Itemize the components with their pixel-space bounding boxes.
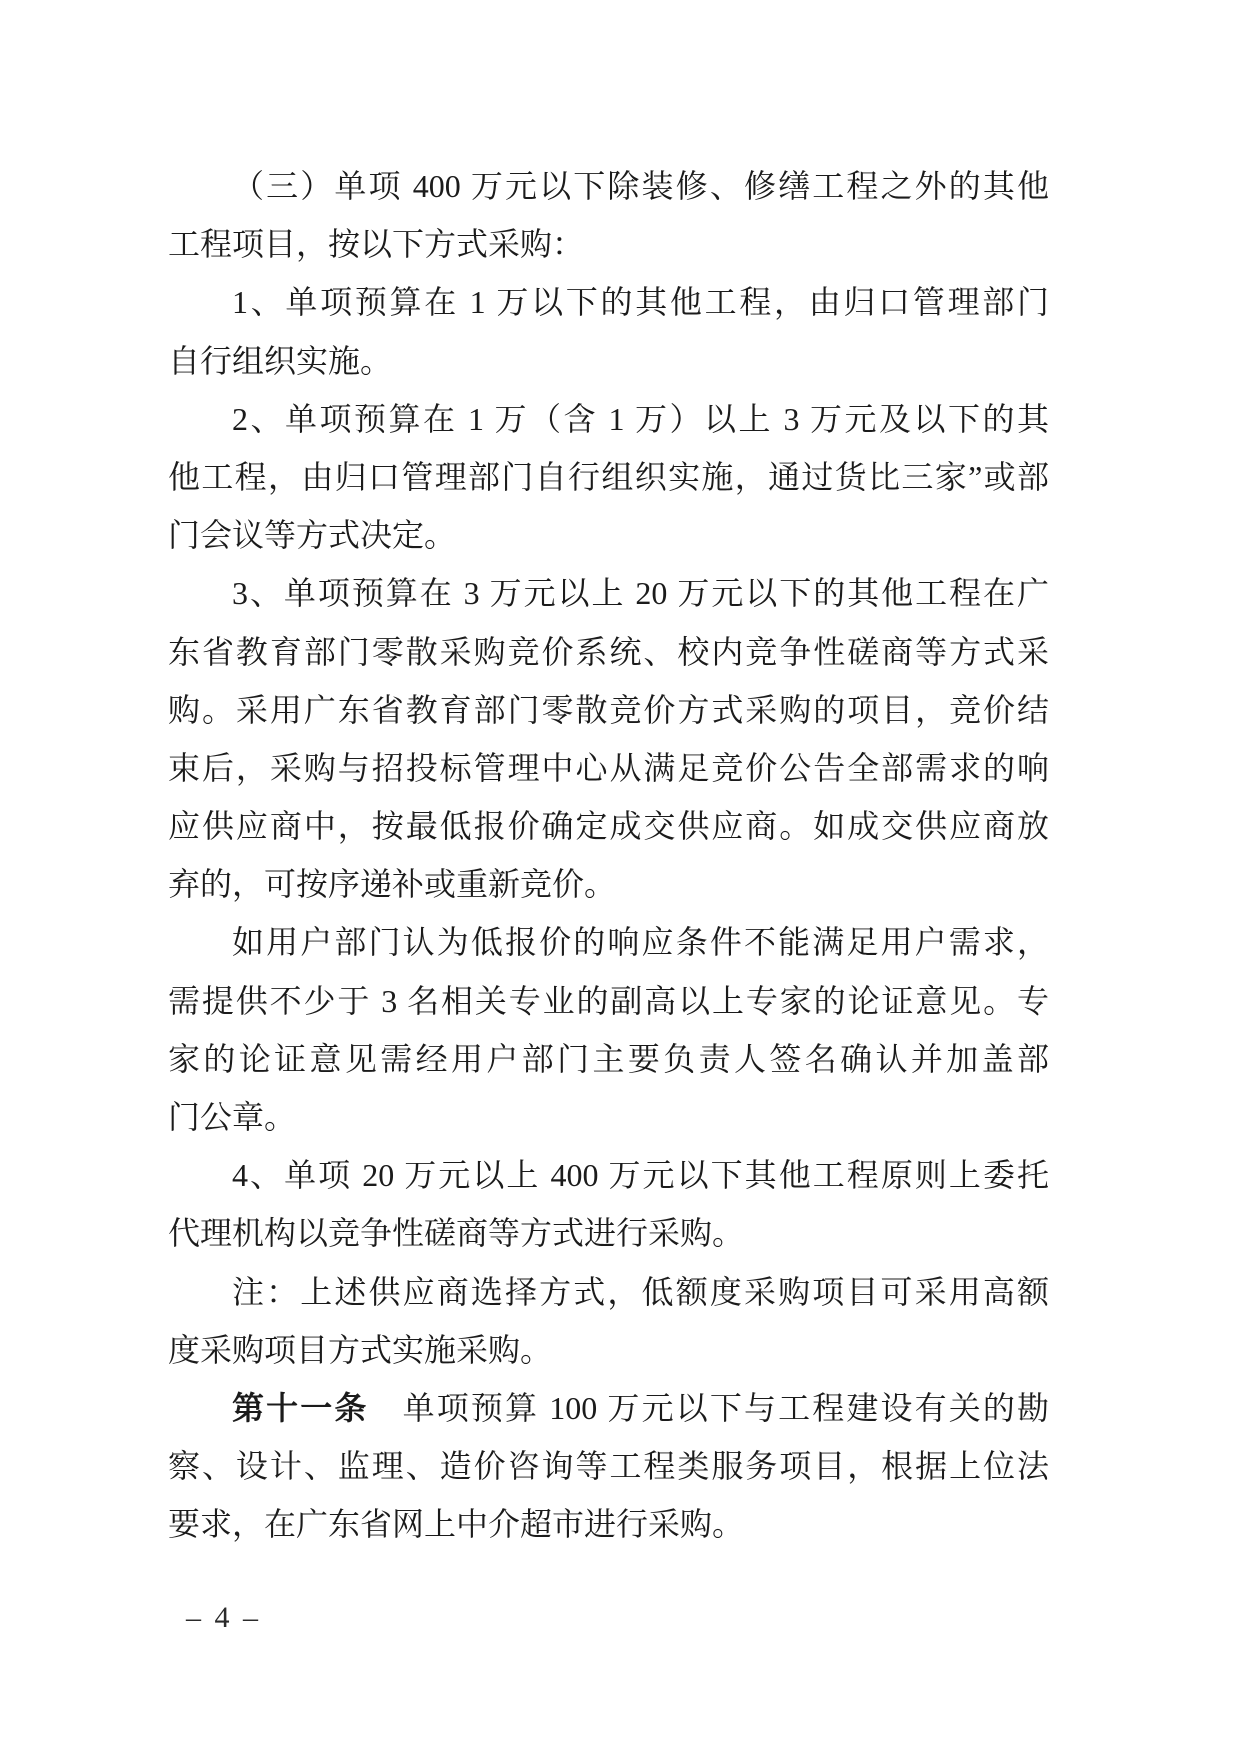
- line-text: 2、单项预算在 1 万（含 1 万）以上 3 万元及以下的其: [232, 401, 1049, 437]
- text-line: 如用户部门认为低报价的响应条件不能满足用户需求，: [168, 913, 1049, 971]
- text-line: 门公章。: [168, 1088, 1049, 1146]
- text-line: 需提供不少于 3 名相关专业的副高以上专家的论证意见。专: [168, 972, 1049, 1030]
- line-text: 购。采用广东省教育部门零散竞价方式采购的项目，竞价结: [168, 692, 1049, 728]
- text-line: 代理机构以竞争性磋商等方式进行采购。: [168, 1204, 1049, 1262]
- line-text: 1、单项预算在 1 万以下的其他工程，由归口管理部门: [232, 284, 1049, 320]
- line-text: 束后，采购与招投标管理中心从满足竞价公告全部需求的响: [168, 750, 1049, 786]
- page-number: – 4 –: [186, 1598, 261, 1638]
- text-line: 东省教育部门零散采购竞价系统、校内竞争性磋商等方式采: [168, 623, 1049, 681]
- text-line: 门会议等方式决定。: [168, 506, 1049, 564]
- paragraph: （三）单项 400 万元以下除装修、修缮工程之外的其他工程项目，按以下方式采购：: [168, 157, 1049, 273]
- text-line: 他工程，由归口管理部门自行组织实施，通过货比三家”或部: [168, 448, 1049, 506]
- line-text: 他工程，由归口管理部门自行组织实施，通过货比三家”或部: [168, 459, 1049, 495]
- line-text: 4、单项 20 万元以上 400 万元以下其他工程原则上委托: [232, 1157, 1049, 1193]
- text-line: 注：上述供应商选择方式，低额度采购项目可采用高额: [168, 1263, 1049, 1321]
- text-line: 第十一条 单项预算 100 万元以下与工程建设有关的勘: [168, 1379, 1049, 1437]
- text-line: 工程项目，按以下方式采购：: [168, 215, 1049, 273]
- paragraph: 3、单项预算在 3 万元以上 20 万元以下的其他工程在广东省教育部门零散采购竞…: [168, 564, 1049, 913]
- paragraph: 第十一条 单项预算 100 万元以下与工程建设有关的勘察、设计、监理、造价咨询等…: [168, 1379, 1049, 1554]
- text-line: 购。采用广东省教育部门零散竞价方式采购的项目，竞价结: [168, 681, 1049, 739]
- line-text: 自行组织实施。: [168, 343, 392, 379]
- line-text: 家的论证意见需经用户部门主要负责人签名确认并加盖部: [168, 1041, 1049, 1077]
- document-page: （三）单项 400 万元以下除装修、修缮工程之外的其他工程项目，按以下方式采购：…: [0, 0, 1240, 1753]
- text-line: 弃的，可按序递补或重新竞价。: [168, 855, 1049, 913]
- line-text: （三）单项 400 万元以下除装修、修缮工程之外的其他: [232, 168, 1049, 204]
- line-text: 3、单项预算在 3 万元以上 20 万元以下的其他工程在广: [232, 575, 1049, 611]
- paragraph: 2、单项预算在 1 万（含 1 万）以上 3 万元及以下的其他工程，由归口管理部…: [168, 390, 1049, 565]
- text-line: （三）单项 400 万元以下除装修、修缮工程之外的其他: [168, 157, 1049, 215]
- text-line: 家的论证意见需经用户部门主要负责人签名确认并加盖部: [168, 1030, 1049, 1088]
- text-line: 察、设计、监理、造价咨询等工程类服务项目，根据上位法: [168, 1437, 1049, 1495]
- line-text: 注：上述供应商选择方式，低额度采购项目可采用高额: [232, 1274, 1049, 1310]
- article-number-bold: 第十一条: [232, 1390, 369, 1426]
- paragraph: 注：上述供应商选择方式，低额度采购项目可采用高额度采购项目方式实施采购。: [168, 1263, 1049, 1379]
- line-text: 门公章。: [168, 1099, 296, 1135]
- paragraph: 如用户部门认为低报价的响应条件不能满足用户需求，需提供不少于 3 名相关专业的副…: [168, 913, 1049, 1146]
- line-text: 度采购项目方式实施采购。: [168, 1332, 552, 1368]
- text-line: 度采购项目方式实施采购。: [168, 1321, 1049, 1379]
- text-line: 束后，采购与招投标管理中心从满足竞价公告全部需求的响: [168, 739, 1049, 797]
- text-line: 4、单项 20 万元以上 400 万元以下其他工程原则上委托: [168, 1146, 1049, 1204]
- document-body: （三）单项 400 万元以下除装修、修缮工程之外的其他工程项目，按以下方式采购：…: [168, 157, 1049, 1554]
- text-line: 要求，在广东省网上中介超市进行采购。: [168, 1495, 1049, 1553]
- text-line: 自行组织实施。: [168, 332, 1049, 390]
- text-line: 应供应商中，按最低报价确定成交供应商。如成交供应商放: [168, 797, 1049, 855]
- line-text: 要求，在广东省网上中介超市进行采购。: [168, 1506, 744, 1542]
- line-text: 单项预算 100 万元以下与工程建设有关的勘: [369, 1390, 1049, 1426]
- paragraph: 1、单项预算在 1 万以下的其他工程，由归口管理部门自行组织实施。: [168, 273, 1049, 389]
- text-line: 2、单项预算在 1 万（含 1 万）以上 3 万元及以下的其: [168, 390, 1049, 448]
- text-line: 1、单项预算在 1 万以下的其他工程，由归口管理部门: [168, 273, 1049, 331]
- paragraph: 4、单项 20 万元以上 400 万元以下其他工程原则上委托代理机构以竞争性磋商…: [168, 1146, 1049, 1262]
- line-text: 门会议等方式决定。: [168, 517, 456, 553]
- line-text: 需提供不少于 3 名相关专业的副高以上专家的论证意见。专: [168, 983, 1049, 1019]
- text-line: 3、单项预算在 3 万元以上 20 万元以下的其他工程在广: [168, 564, 1049, 622]
- line-text: 察、设计、监理、造价咨询等工程类服务项目，根据上位法: [168, 1448, 1049, 1484]
- line-text: 东省教育部门零散采购竞价系统、校内竞争性磋商等方式采: [168, 634, 1049, 670]
- line-text: 应供应商中，按最低报价确定成交供应商。如成交供应商放: [168, 808, 1049, 844]
- line-text: 弃的，可按序递补或重新竞价。: [168, 866, 616, 902]
- line-text: 工程项目，按以下方式采购：: [168, 226, 584, 262]
- line-text: 如用户部门认为低报价的响应条件不能满足用户需求，: [232, 924, 1049, 960]
- line-text: 代理机构以竞争性磋商等方式进行采购。: [168, 1215, 744, 1251]
